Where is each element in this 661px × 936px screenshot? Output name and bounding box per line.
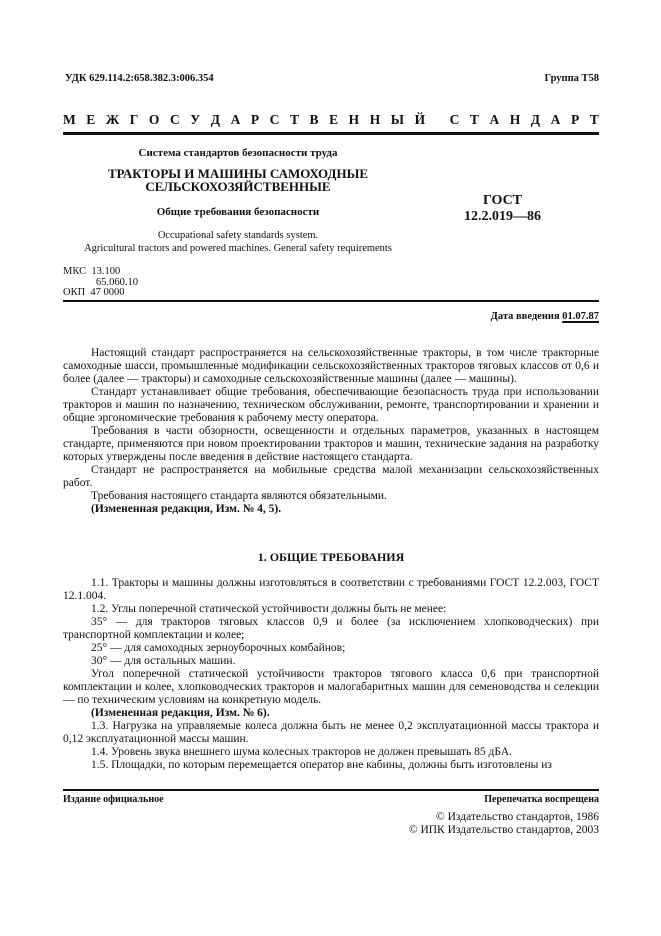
group-code: Группа Т58 bbox=[545, 73, 599, 84]
introduction-date-label: Дата введения bbox=[491, 311, 560, 322]
banner-letter: Г bbox=[130, 112, 139, 128]
banner-letter: Ж bbox=[106, 112, 119, 128]
okp-code: 47 0000 bbox=[90, 287, 124, 298]
clause-1-1: 1.1. Тракторы и машины должны изготовлят… bbox=[63, 577, 599, 603]
gost-designation: ГОСТ 12.2.019—86 bbox=[440, 193, 565, 225]
introduction: Настоящий стандарт распространяется на с… bbox=[63, 347, 599, 516]
section-1-body: 1.1. Тракторы и машины должны изготовлят… bbox=[63, 577, 599, 772]
introduction-date: Дата введения 01.07.87 bbox=[491, 311, 599, 322]
clause-1-2-d: Угол поперечной статической устойчивости… bbox=[63, 668, 599, 707]
document-subtitle: Общие требования безопасности bbox=[63, 206, 413, 218]
intro-amendment: (Измененная редакция, Изм. № 4, 5). bbox=[63, 503, 599, 516]
banner-letter: С bbox=[270, 112, 280, 128]
banner-letter: Р bbox=[251, 112, 259, 128]
udk-code: УДК 629.114.2:658.382.3:006.354 bbox=[65, 73, 214, 84]
intro-paragraph: Настоящий стандарт распространяется на с… bbox=[63, 347, 599, 386]
official-edition-label: Издание официальное bbox=[63, 794, 164, 805]
banner-letter: Е bbox=[329, 112, 338, 128]
document-title: ТРАКТОРЫ И МАШИНЫ САМОХОДНЫЕ СЕЛЬСКОХОЗЯ… bbox=[63, 167, 413, 193]
intro-paragraph: Стандарт не распространяется на мобильны… bbox=[63, 464, 599, 490]
banner-letter: Т bbox=[470, 112, 479, 128]
classification-rule bbox=[63, 300, 599, 302]
banner-letter: Н bbox=[370, 112, 381, 128]
banner-letter: Н bbox=[510, 112, 521, 128]
gost-number: 12.2.019—86 bbox=[440, 209, 565, 225]
gost-label: ГОСТ bbox=[440, 193, 565, 209]
clause-1-3: 1.3. Нагрузка на управляемые колеса долж… bbox=[63, 720, 599, 746]
banner-letter: О bbox=[149, 112, 160, 128]
standards-series: Система стандартов безопасности труда bbox=[63, 147, 413, 159]
interstate-standard-banner: МЕЖГОСУДАРСТВЕННЫЙ СТАНДАРТ bbox=[63, 112, 599, 128]
banner-letter: В bbox=[310, 112, 319, 128]
introduction-date-value: 01.07.87 bbox=[562, 311, 599, 322]
okp-label: ОКП bbox=[63, 287, 85, 298]
banner-letter: А bbox=[231, 112, 241, 128]
english-title-line2: Agricultural tractors and powered machin… bbox=[63, 243, 413, 256]
mks-label: МКС bbox=[63, 266, 86, 277]
english-title-line1: Occupational safety standards system. bbox=[63, 230, 413, 243]
banner-letter: Е bbox=[86, 112, 95, 128]
reprint-prohibited-label: Перепечатка воспрещена bbox=[484, 794, 599, 805]
intro-paragraph: Требования в части обзорности, освещенно… bbox=[63, 425, 599, 464]
copyright-block: © Издательство стандартов, 1986 © ИПК Из… bbox=[409, 811, 599, 837]
clause-1-2-b: 25° — для самоходных зерноуборочных комб… bbox=[63, 642, 599, 655]
banner-letter: Т bbox=[590, 112, 599, 128]
banner-letter bbox=[436, 112, 439, 128]
section-heading: 1. ОБЩИЕ ТРЕБОВАНИЯ bbox=[63, 550, 599, 565]
copyright-line-1: © Издательство стандартов, 1986 bbox=[409, 811, 599, 824]
banner-letter: Р bbox=[571, 112, 579, 128]
intro-paragraph: Стандарт устанавливает общие требования,… bbox=[63, 386, 599, 425]
banner-letter: А bbox=[551, 112, 561, 128]
clause-1-4: 1.4. Уровень звука внешнего шума колесны… bbox=[63, 746, 599, 759]
clause-1-5: 1.5. Площадки, по которым перемещается о… bbox=[63, 759, 599, 772]
classification-codes: МКС 13.100 65.060.10 ОКП 47 0000 bbox=[63, 267, 138, 299]
banner-letter: М bbox=[63, 112, 76, 128]
copyright-line-2: © ИПК Издательство стандартов, 2003 bbox=[409, 824, 599, 837]
banner-letter: А bbox=[489, 112, 499, 128]
header-rule bbox=[63, 132, 599, 135]
banner-letter: С bbox=[170, 112, 180, 128]
banner-letter: Н bbox=[349, 112, 360, 128]
english-title: Occupational safety standards system. Ag… bbox=[63, 230, 413, 255]
banner-letter: Д bbox=[211, 112, 220, 128]
document-title-line2: СЕЛЬСКОХОЗЯЙСТВЕННЫЕ bbox=[63, 180, 413, 193]
banner-letter: Й bbox=[415, 112, 426, 128]
banner-letter: Ы bbox=[391, 112, 404, 128]
clause-1-2-a: 35° — для тракторов тяговых классов 0,9 … bbox=[63, 616, 599, 642]
banner-letter: С bbox=[450, 112, 460, 128]
banner-letter: Д bbox=[531, 112, 540, 128]
mks-code: 13.100 bbox=[91, 266, 120, 277]
intro-paragraph: Требования настоящего стандарта являются… bbox=[63, 490, 599, 503]
clause-1-2-c: 30° — для остальных машин. bbox=[63, 655, 599, 668]
clause-1-2: 1.2. Углы поперечной статической устойчи… bbox=[63, 603, 599, 616]
banner-letter: У bbox=[190, 112, 200, 128]
banner-letter: Т bbox=[290, 112, 299, 128]
clause-1-2-amendment: (Измененная редакция, Изм. № 6). bbox=[63, 707, 599, 720]
footer-rule bbox=[63, 789, 599, 791]
